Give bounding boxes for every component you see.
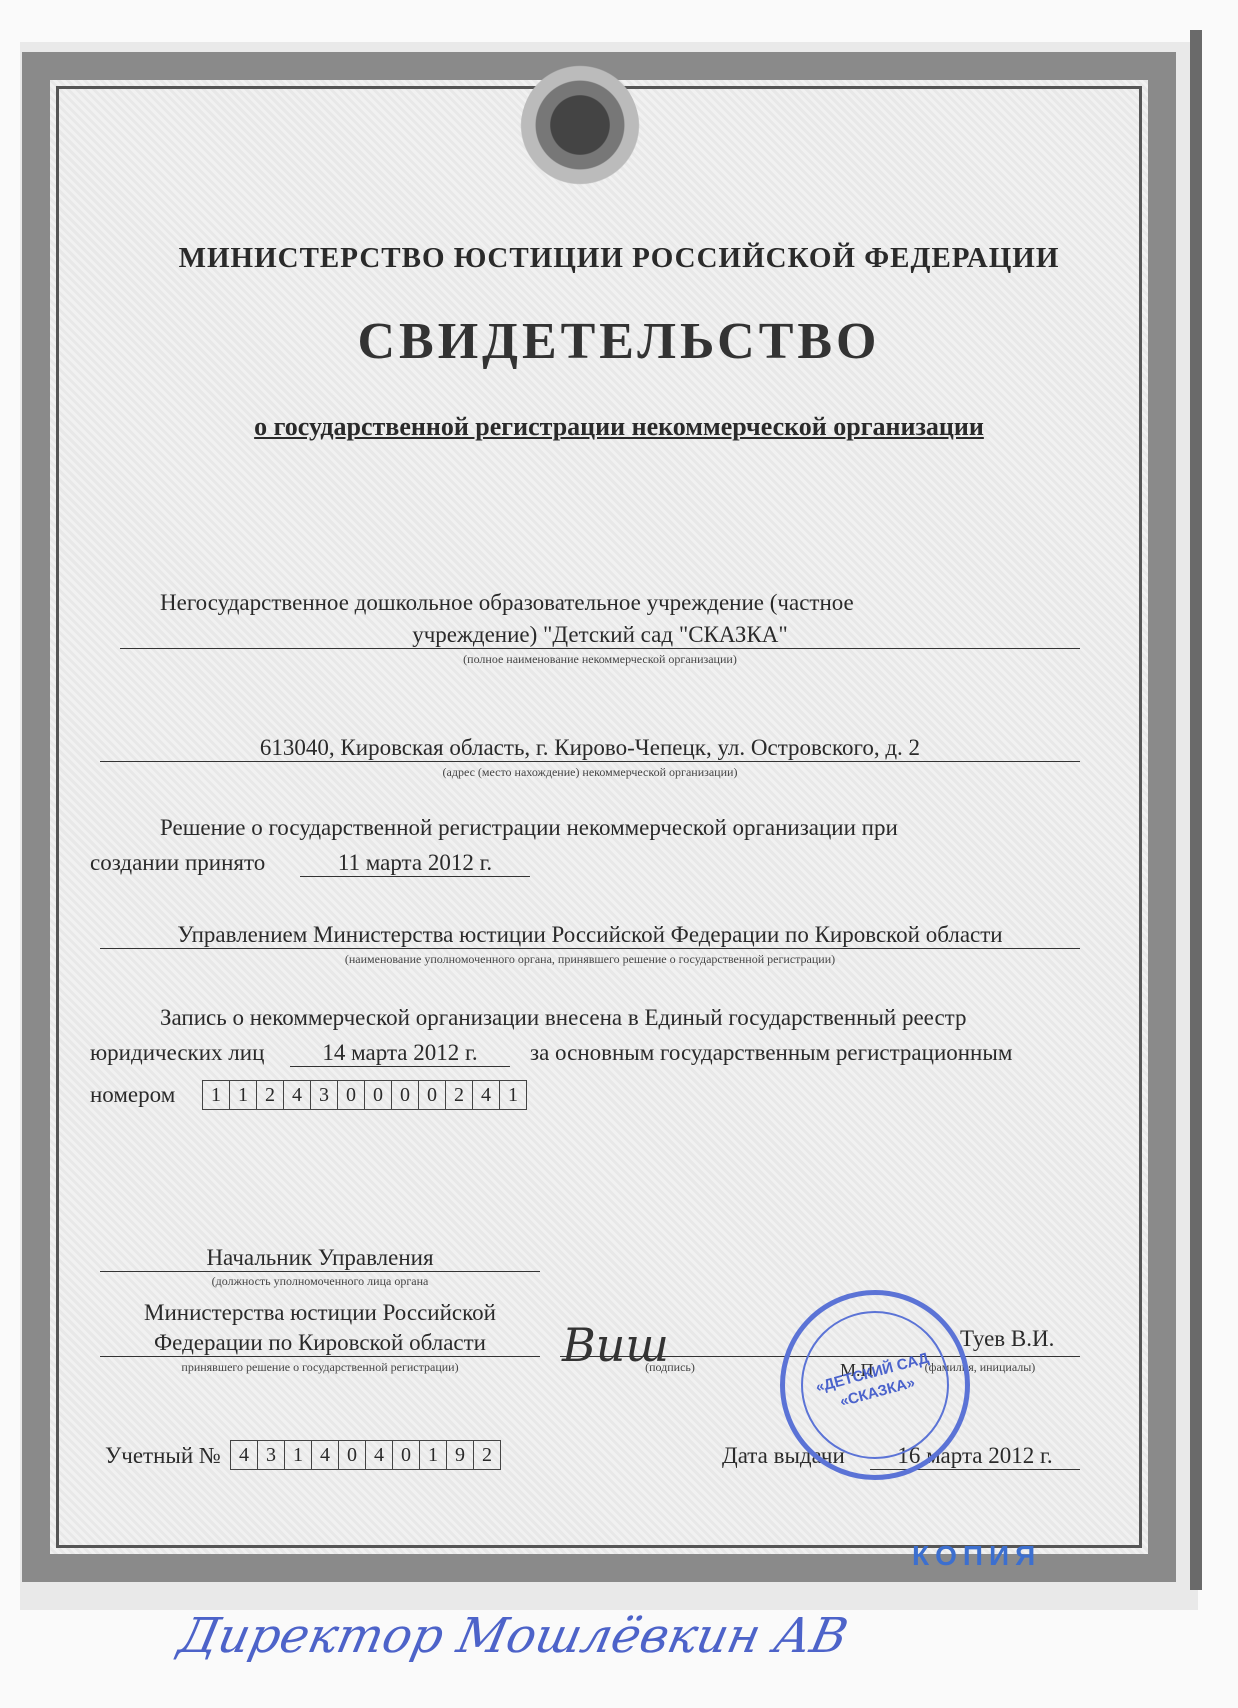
ogrn-number-boxes: 112430000241	[202, 1080, 527, 1110]
org-name-line2: учреждение) "Детский сад "СКАЗКА"	[120, 622, 1080, 649]
account-digit: 4	[366, 1441, 393, 1469]
ogrn-label: номером	[90, 1082, 175, 1108]
registry-text: Запись о некоммерческой организации внес…	[160, 1005, 966, 1031]
account-number-label: Учетный №	[105, 1443, 221, 1469]
account-digit: 9	[447, 1441, 474, 1469]
account-digit: 2	[474, 1441, 500, 1469]
ogrn-digit: 2	[446, 1081, 473, 1109]
signatory-org-caption: принявшего решение о государственной рег…	[100, 1360, 540, 1375]
ogrn-digit: 1	[230, 1081, 257, 1109]
signatory-position-caption: (должность уполномоченного лица органа	[100, 1274, 540, 1289]
decision-prefix: создании принято	[90, 850, 265, 876]
signatory-org-line2: Федерации по Кировской области	[100, 1330, 540, 1357]
registering-authority: Управлением Министерства юстиции Российс…	[100, 922, 1080, 949]
registry-prefix: юридических лиц	[90, 1040, 264, 1066]
ogrn-digit: 1	[203, 1081, 230, 1109]
signatory-org-line1: Министерства юстиции Российской	[100, 1300, 540, 1326]
registry-date: 14 марта 2012 г.	[290, 1040, 510, 1067]
signatory-position: Начальник Управления	[100, 1245, 540, 1272]
organization-seal-stamp: «ДЕТСКИЙ САД«СКАЗКА»	[780, 1290, 970, 1480]
org-address: 613040, Кировская область, г. Кирово-Чеп…	[100, 735, 1080, 762]
signatory-name: Туев В.И.	[960, 1326, 1054, 1352]
decision-date: 11 марта 2012 г.	[300, 850, 530, 877]
ogrn-digit: 0	[338, 1081, 365, 1109]
ogrn-digit: 0	[419, 1081, 446, 1109]
ogrn-digit: 3	[311, 1081, 338, 1109]
account-digit: 4	[312, 1441, 339, 1469]
certificate-title: СВИДЕТЕЛЬСТВО	[0, 312, 1238, 371]
registry-suffix: за основным государственным регистрацион…	[530, 1040, 1012, 1066]
certificate-subtitle: о государственной регистрации некоммерче…	[0, 412, 1238, 442]
org-name-line1: Негосударственное дошкольное образовател…	[160, 590, 854, 616]
copy-mark: КОПИЯ	[912, 1540, 1041, 1572]
account-digit: 1	[285, 1441, 312, 1469]
account-digit: 1	[420, 1441, 447, 1469]
handwritten-certification: Директор Мошлёвкин АВ	[174, 1608, 853, 1664]
ogrn-digit: 1	[500, 1081, 526, 1109]
org-name-caption: (полное наименование некоммерческой орга…	[120, 652, 1080, 667]
account-number-boxes: 4314040192	[230, 1440, 501, 1470]
account-digit: 4	[231, 1441, 258, 1469]
ogrn-digit: 0	[365, 1081, 392, 1109]
ogrn-digit: 0	[392, 1081, 419, 1109]
ministry-heading: МИНИСТЕРСТВО ЮСТИЦИИ РОССИЙСКОЙ ФЕДЕРАЦИ…	[0, 242, 1238, 275]
account-digit: 0	[339, 1441, 366, 1469]
ogrn-digit: 4	[473, 1081, 500, 1109]
decision-text: Решение о государственной регистрации не…	[160, 815, 1080, 841]
ogrn-digit: 4	[284, 1081, 311, 1109]
org-address-caption: (адрес (место нахождение) некоммерческой…	[100, 765, 1080, 780]
account-digit: 3	[258, 1441, 285, 1469]
ogrn-digit: 2	[257, 1081, 284, 1109]
coat-of-arms-emblem	[520, 62, 640, 202]
signature-caption: (подпись)	[620, 1360, 720, 1375]
authority-caption: (наименование уполномоченного органа, пр…	[100, 952, 1080, 967]
account-digit: 0	[393, 1441, 420, 1469]
